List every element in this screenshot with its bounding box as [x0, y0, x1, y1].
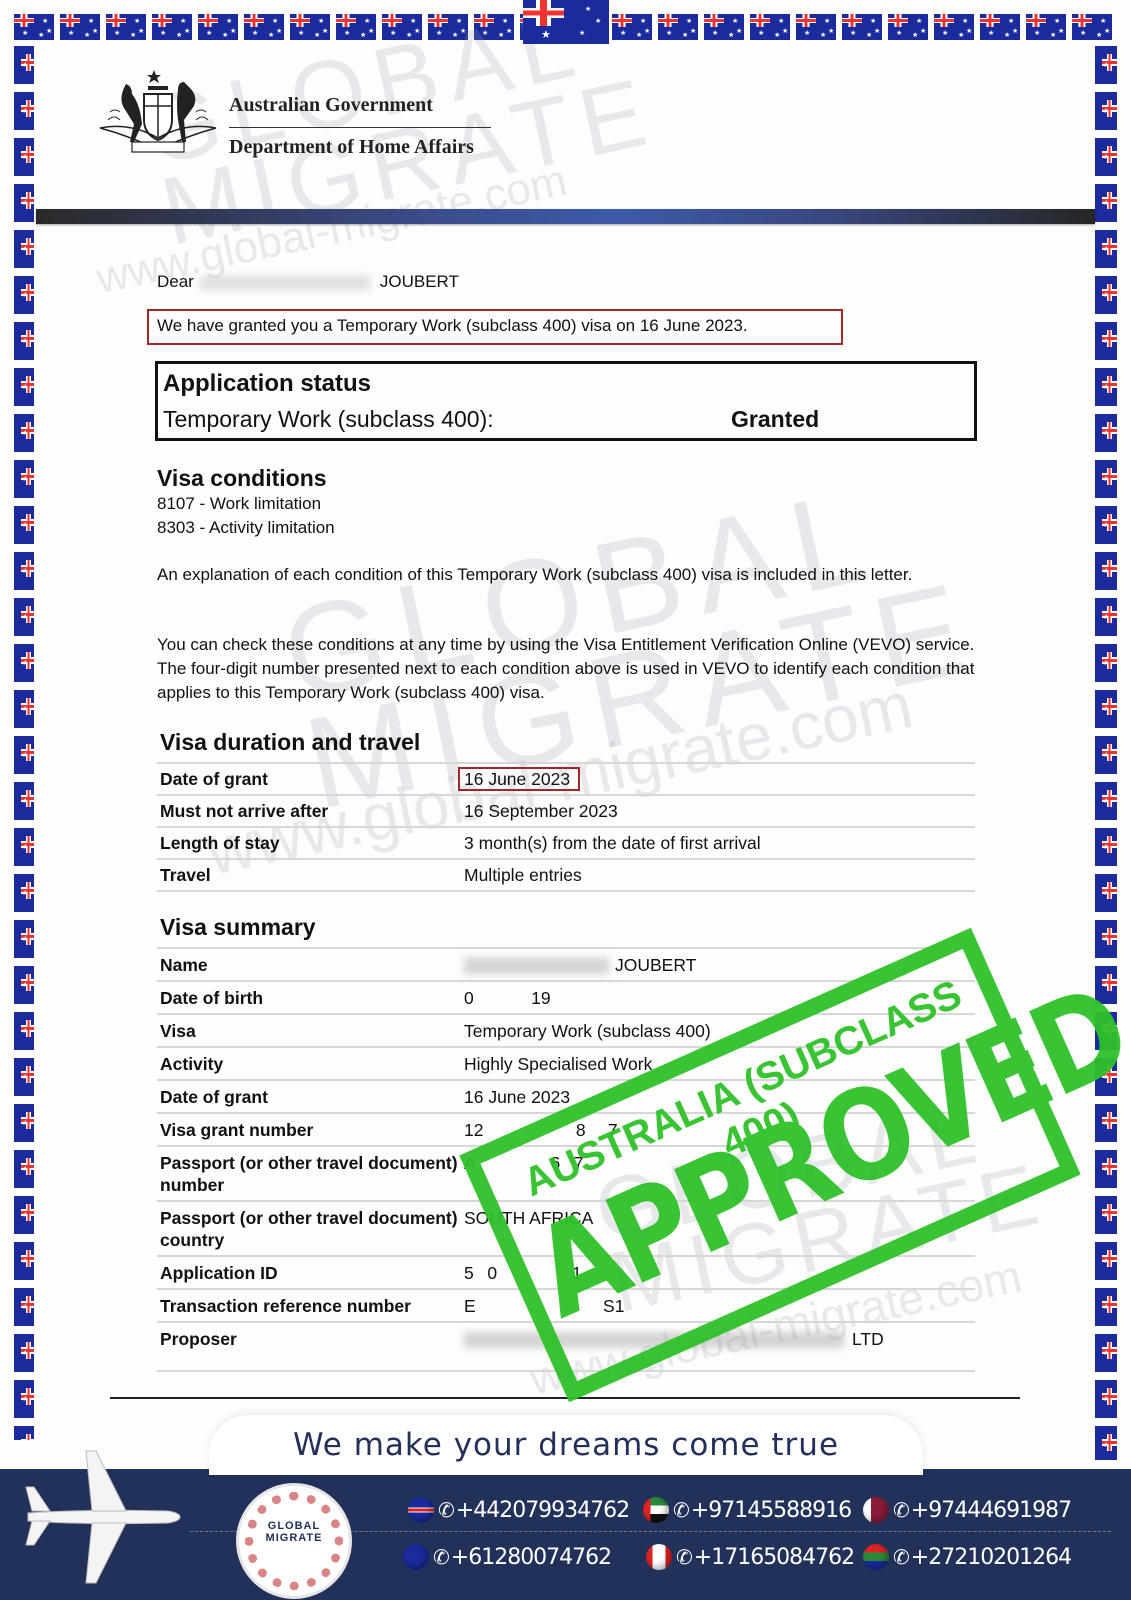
phone-uae[interactable]: ✆+97145588916 [643, 1497, 851, 1523]
phone-icon: ✆ [673, 1498, 689, 1522]
australia-flag-icon: ★★★★ [14, 506, 34, 544]
australia-flag-icon: ★★★★ [14, 644, 34, 682]
australia-flag-icon: ★★★★ [796, 14, 836, 40]
australia-flag-icon: ★★★★ [14, 828, 34, 866]
australia-flag-icon: ★★★★ [14, 184, 34, 222]
status-title: Application status [163, 370, 371, 398]
australia-flag-icon: ★★★★ [14, 1242, 34, 1280]
row-label: Activity [157, 1047, 461, 1080]
row-label: Date of grant [157, 1080, 461, 1113]
australia-flag-icon: ★★★★ [658, 14, 698, 40]
footer-divider [110, 1397, 1020, 1399]
redacted-given-name [200, 276, 370, 290]
australia-flag-icon: ★★★★ [1095, 414, 1117, 452]
table-row: Length of stay3 month(s) from the date o… [157, 827, 975, 859]
condition-item: 8303 - Activity limitation [157, 516, 335, 540]
status-label: Temporary Work (subclass 400): [163, 406, 494, 433]
australia-flag-icon: ★★★★ [14, 1012, 34, 1050]
row-label: Visa grant number [157, 1113, 461, 1146]
row-label: Proposer [157, 1322, 461, 1371]
australia-flag-icon: ★★★★ [14, 920, 34, 958]
coat-of-arms-icon [96, 68, 220, 160]
phone-uk[interactable]: ✆+442079934762 [408, 1497, 629, 1523]
south-africa-flag-icon [863, 1544, 889, 1570]
flag-border-right: ★★★★★★★★★★★★★★★★★★★★★★★★★★★★★★★★★★★★★★★★… [1095, 46, 1117, 1460]
australia-flag-icon: ★★★★ [1095, 276, 1117, 314]
australia-flag-icon: ★★★★ [198, 14, 238, 40]
row-label: Passport (or other travel document) coun… [157, 1201, 461, 1256]
visa-duration-heading: Visa duration and travel [160, 729, 420, 756]
australia-flag-icon: ★★★★ [704, 14, 744, 40]
australia-flag-icon: ★★★★ [290, 14, 330, 40]
australia-flag-icon: ★★★★ [1095, 184, 1117, 222]
phone-icon: ✆ [433, 1545, 449, 1569]
phone-south-africa[interactable]: ✆+27210201264 [863, 1544, 1071, 1570]
australia-flag-icon: ★★★★ [1095, 598, 1117, 636]
australia-flag-icon: ★★★★ [1095, 1242, 1117, 1280]
australia-flag-icon: ★★★★ [14, 1104, 34, 1142]
australia-flag-icon: ★★★★ [336, 14, 376, 40]
australia-flag-icon: ★★★★ [14, 1288, 34, 1326]
australia-flag-icon: ★★★★ [14, 368, 34, 406]
row-label: Date of grant [157, 763, 461, 795]
australia-flag-icon: ★★★★ [1095, 1426, 1117, 1460]
australia-flag-icon: ★★★★ [1095, 138, 1117, 176]
phone-australia[interactable]: ✆+61280074762 [403, 1544, 611, 1570]
phone-qatar[interactable]: ✆+97444691987 [863, 1497, 1071, 1523]
australia-flag-icon: ★★★★ [1095, 1380, 1117, 1418]
australia-flag-icon: ★★★★ [14, 1334, 34, 1372]
australia-flag-icon: ★★★★ [1095, 552, 1117, 590]
tagline: We make your dreams come true [209, 1427, 923, 1463]
australia-flag-icon: ★★★★ [14, 92, 34, 130]
australia-flag-icon: ★★★★ [14, 1380, 34, 1418]
australia-flag-icon: ★★★★ [14, 276, 34, 314]
australia-flag-icon: ★★★★ [14, 966, 34, 1004]
australia-flag-icon: ★★★★ [14, 552, 34, 590]
australia-flag-icon: ★★★★ [14, 1196, 34, 1234]
australia-flag-icon: ★★★★ [14, 736, 34, 774]
table-row: Date of grant16 June 2023 [157, 763, 975, 795]
australia-flag-icon: ★★★★ [750, 14, 790, 40]
status-badge: Granted [731, 406, 819, 433]
australia-flag-icon: ★★★★ [1095, 736, 1117, 774]
grant-statement: We have granted you a Temporary Work (su… [147, 309, 843, 345]
australia-flag-icon: ★★★★ [1095, 230, 1117, 268]
australia-flag-icon: ★★★★ [1095, 46, 1117, 84]
table-row: TravelMultiple entries [157, 859, 975, 891]
australia-flag-icon [403, 1544, 429, 1570]
australia-flag-icon: ★★★★ [474, 14, 514, 40]
australia-flag-icon: ★★★★ [1095, 644, 1117, 682]
salutation-word: Dear [157, 272, 194, 291]
australia-flag-icon: ★★★★ [14, 230, 34, 268]
canada-flag-icon [646, 1544, 672, 1570]
australia-flag-icon: ★★★★ [428, 14, 468, 40]
condition-item: 8107 - Work limitation [157, 492, 321, 516]
australia-flag-icon: ★★★★ [14, 690, 34, 728]
global-migrate-logo: GLOBAL MIGRATE [236, 1483, 352, 1599]
australia-flag-icon: ★★★★ [106, 14, 146, 40]
australia-flag-icon: ★★★★ [14, 1426, 34, 1440]
uae-flag-icon [643, 1497, 669, 1523]
australia-flag-icon: ★★★★ [244, 14, 284, 40]
row-label: Name [157, 948, 461, 981]
australia-flag-icon: ★★★★ [842, 14, 882, 40]
date-of-grant-highlight: 16 June 2023 [460, 769, 578, 789]
vevo-paragraph: You can check these conditions at any ti… [157, 633, 977, 705]
flag-border-left: ★★★★★★★★★★★★★★★★★★★★★★★★★★★★★★★★★★★★★★★★… [14, 46, 34, 1440]
row-label: Transaction reference number [157, 1289, 461, 1322]
table-row: NameJOUBERT [157, 948, 975, 981]
australia-flag-icon: ★★★★ [60, 14, 100, 40]
australia-flag-icon: ★★★★ [1095, 1288, 1117, 1326]
australia-flag-icon: ★★★★ [1095, 368, 1117, 406]
tagline-banner: We make your dreams come true [209, 1415, 923, 1475]
visa-duration-table: Date of grant16 June 2023 Must not arriv… [157, 762, 975, 892]
australia-flag-icon: ★★★★ [1095, 1196, 1117, 1234]
australia-flag-icon: ★★★★ [1095, 828, 1117, 866]
row-label: Date of birth [157, 981, 461, 1014]
row-label: Visa [157, 1014, 461, 1047]
australia-flag-icon: ★★★★ [1095, 874, 1117, 912]
phone-icon: ✆ [893, 1545, 909, 1569]
row-label: Passport (or other travel document) numb… [157, 1146, 461, 1201]
australia-flag-icon: ★★★★ [1095, 1150, 1117, 1188]
row-value: 16 September 2023 [461, 795, 975, 827]
australia-flag-icon: ★★★★ [14, 1058, 34, 1096]
australia-flag-icon: ★★★★ [1095, 1334, 1117, 1372]
australia-flag-icon: ★★★★ [14, 460, 34, 498]
australia-flag-icon: ★★★★ [980, 14, 1020, 40]
australia-flag-icon: ★★★★ [888, 14, 928, 40]
phone-canada[interactable]: ✆+17165084762 [646, 1544, 854, 1570]
row-label: Length of stay [157, 827, 461, 859]
australia-flag-icon: ★★★★ [14, 414, 34, 452]
uk-flag-icon [408, 1497, 434, 1523]
header-bar [36, 209, 1095, 224]
visa-summary-heading: Visa summary [160, 914, 316, 941]
australia-flag-icon: ★★★★ [14, 598, 34, 636]
australia-flag-icon: ★★★★ [14, 1150, 34, 1188]
australia-flag-icon: ★★★★ [14, 138, 34, 176]
australia-flag-icon: ★★★★ [1095, 506, 1117, 544]
conditions-explanation: An explanation of each condition of this… [157, 563, 977, 587]
salutation: DearJOUBERT [157, 272, 459, 292]
row-label: Travel [157, 859, 461, 891]
australia-flag-icon: ★★★★ [1095, 782, 1117, 820]
australia-flag-icon: ★★★★ [612, 14, 652, 40]
australia-flag-icon: ★★★★ [14, 14, 54, 40]
org-name: Australian Government [229, 94, 433, 117]
visa-conditions-heading: Visa conditions [157, 465, 327, 492]
australia-flag-icon: ★★★★ [1095, 690, 1117, 728]
table-row: Must not arrive after16 September 2023 [157, 795, 975, 827]
australia-flag-icon: ★★★★ [14, 46, 34, 84]
australia-flag-icon: ★★★★ [14, 782, 34, 820]
australia-flag-icon: ★★★★ [1072, 14, 1112, 40]
phone-icon: ✆ [893, 1498, 909, 1522]
airplane-icon [22, 1445, 182, 1585]
australia-flag-icon: ★★★★ [934, 14, 974, 40]
phone-icon: ✆ [438, 1498, 454, 1522]
australia-flag-icon: ★★★★ [14, 322, 34, 360]
row-value: Multiple entries [461, 859, 975, 891]
australia-flag-icon: ★★★★ [14, 874, 34, 912]
australia-flag-icon: ★★★★ [1095, 920, 1117, 958]
department-name: Department of Home Affairs [229, 136, 474, 159]
row-value: 16 June 2023 [461, 763, 975, 795]
australia-flag-icon: ★★★★ [1026, 14, 1066, 40]
phone-icon: ✆ [676, 1545, 692, 1569]
australia-flag-icon: ★★★★ [152, 14, 192, 40]
application-status-box: Application status Temporary Work (subcl… [155, 361, 977, 441]
row-label: Application ID [157, 1256, 461, 1289]
australia-flag-icon: ★★★★ [1095, 92, 1117, 130]
row-label: Must not arrive after [157, 795, 461, 827]
australia-flag-icon: ★★★★ [1095, 460, 1117, 498]
row-value: 3 month(s) from the date of first arriva… [461, 827, 975, 859]
australia-flag-icon: ★ ★ ★ ★ [523, 0, 609, 44]
australia-flag-icon: ★★★★ [1095, 322, 1117, 360]
redacted-text [464, 958, 609, 974]
qatar-flag-icon [863, 1497, 889, 1523]
divider [229, 127, 491, 128]
surname: JOUBERT [380, 272, 459, 291]
australia-flag-icon: ★★★★ [382, 14, 422, 40]
